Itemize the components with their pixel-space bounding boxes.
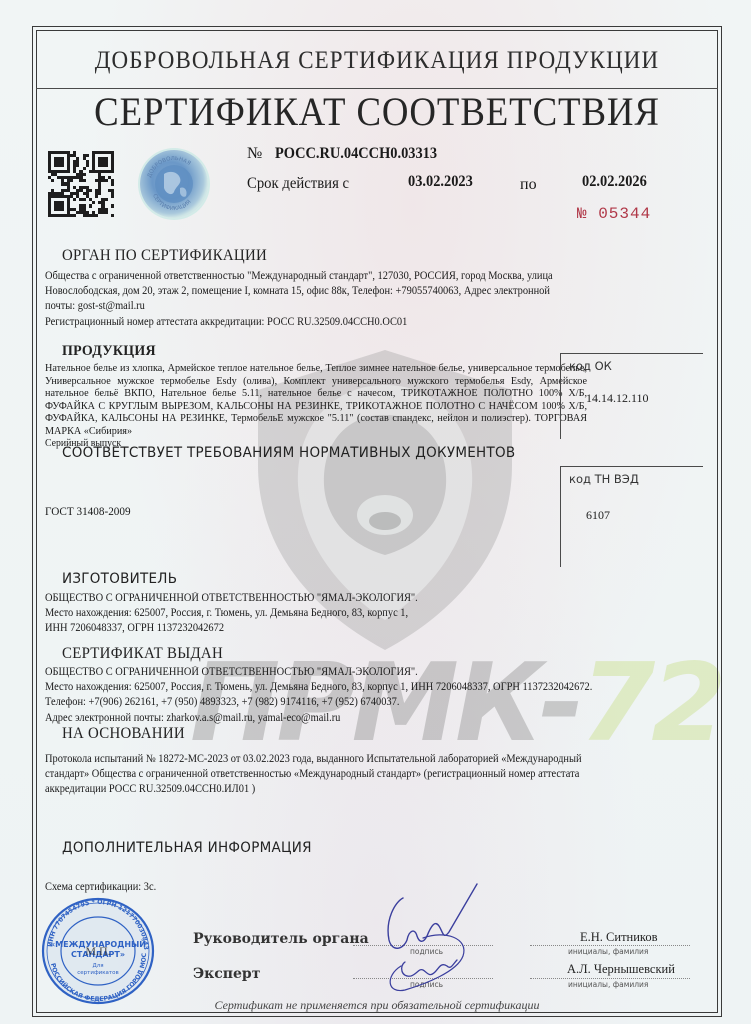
ok-code-label: код ОК [569, 359, 612, 373]
svg-text:М.П.: М.П. [85, 944, 110, 958]
expert-name-line [530, 978, 690, 979]
certificate-number-label: № [247, 145, 262, 163]
valid-to-label: по [520, 176, 537, 194]
validity-label: Срок действия с [247, 175, 349, 193]
tnved-code-label: код ТН ВЭД [569, 472, 639, 486]
certification-scheme: Схема сертификации: 3с. [45, 880, 156, 895]
head-role-label: Руководитель органа [193, 931, 369, 947]
standard-reference: ГОСТ 31408-2009 [45, 505, 131, 520]
hologram-globe-icon: ДОБРОВОЛЬНАЯ СЕРТИФИКАЦИЯ [140, 150, 208, 218]
blank-serial-number: № 05344 [577, 205, 651, 223]
official-seal-stamp: ИНН 7707454795 * ОГРН 1217700308430 РОСС… [40, 895, 156, 1005]
basis-heading: НА ОСНОВАНИИ [62, 725, 185, 743]
basis-details: Протокола испытаний № 18272-МС-2023 от 0… [45, 752, 733, 798]
svg-text:Для: Для [92, 963, 103, 969]
tnved-code-value: 6107 [586, 508, 610, 523]
valid-from-date: 03.02.2023 [408, 173, 473, 191]
issued-to-details: ОБЩЕСТВО С ОГРАНИЧЕННОЙ ОТВЕТСТВЕННОСТЬЮ… [45, 665, 733, 726]
manufacturer-details: ОБЩЕСТВО С ОГРАНИЧЕННОЙ ОТВЕТСТВЕННОСТЬЮ… [45, 591, 696, 637]
product-heading: ПРОДУКЦИЯ [62, 343, 156, 360]
issued-to-heading: СЕРТИФИКАТ ВЫДАН [62, 645, 223, 663]
product-description: Нательное белье из хлопка, Армейское теп… [45, 363, 587, 439]
certificate-number: РОСС.RU.04ССН0.03313 [275, 145, 437, 163]
additional-info-heading: ДОПОЛНИТЕЛЬНАЯ ИНФОРМАЦИЯ [62, 840, 312, 856]
conformity-heading: СООТВЕТСТВУЕТ ТРЕБОВАНИЯМ НОРМАТИВНЫХ ДО… [62, 445, 515, 461]
voluntary-only-note: Сертификат не применяется при обязательн… [36, 998, 718, 1013]
ok-code-value: 14.14.12.110 [586, 391, 649, 406]
manufacturer-heading: ИЗГОТОВИТЕЛЬ [62, 571, 177, 587]
head-name-line [530, 945, 690, 946]
expert-name: А.Л. Чернышевский [567, 962, 675, 977]
handwritten-signatures [365, 880, 485, 995]
tnved-code-box: код ТН ВЭД 6107 [560, 466, 703, 567]
expert-name-caption: инициалы, фамилия [568, 980, 648, 989]
svg-text:сертификатов: сертификатов [77, 970, 118, 976]
head-name-caption: инициалы, фамилия [568, 947, 648, 956]
head-name: Е.Н. Ситников [580, 930, 658, 945]
certificate-title: СЕРТИФИКАТ СООТВЕТСТВИЯ [63, 88, 690, 135]
valid-to-date: 02.02.2026 [582, 173, 647, 191]
certification-body-details: Общества с ограниченной ответственностью… [45, 269, 733, 330]
certification-body-heading: ОРГАН ПО СЕРТИФИКАЦИИ [62, 247, 267, 265]
voluntary-certification-title: ДОБРОВОЛЬНАЯ СЕРТИФИКАЦИЯ ПРОДУКЦИИ [63, 47, 690, 75]
ok-code-box: код ОК 14.14.12.110 [560, 353, 703, 439]
qr-code [48, 151, 114, 217]
expert-role-label: Эксперт [193, 966, 260, 982]
